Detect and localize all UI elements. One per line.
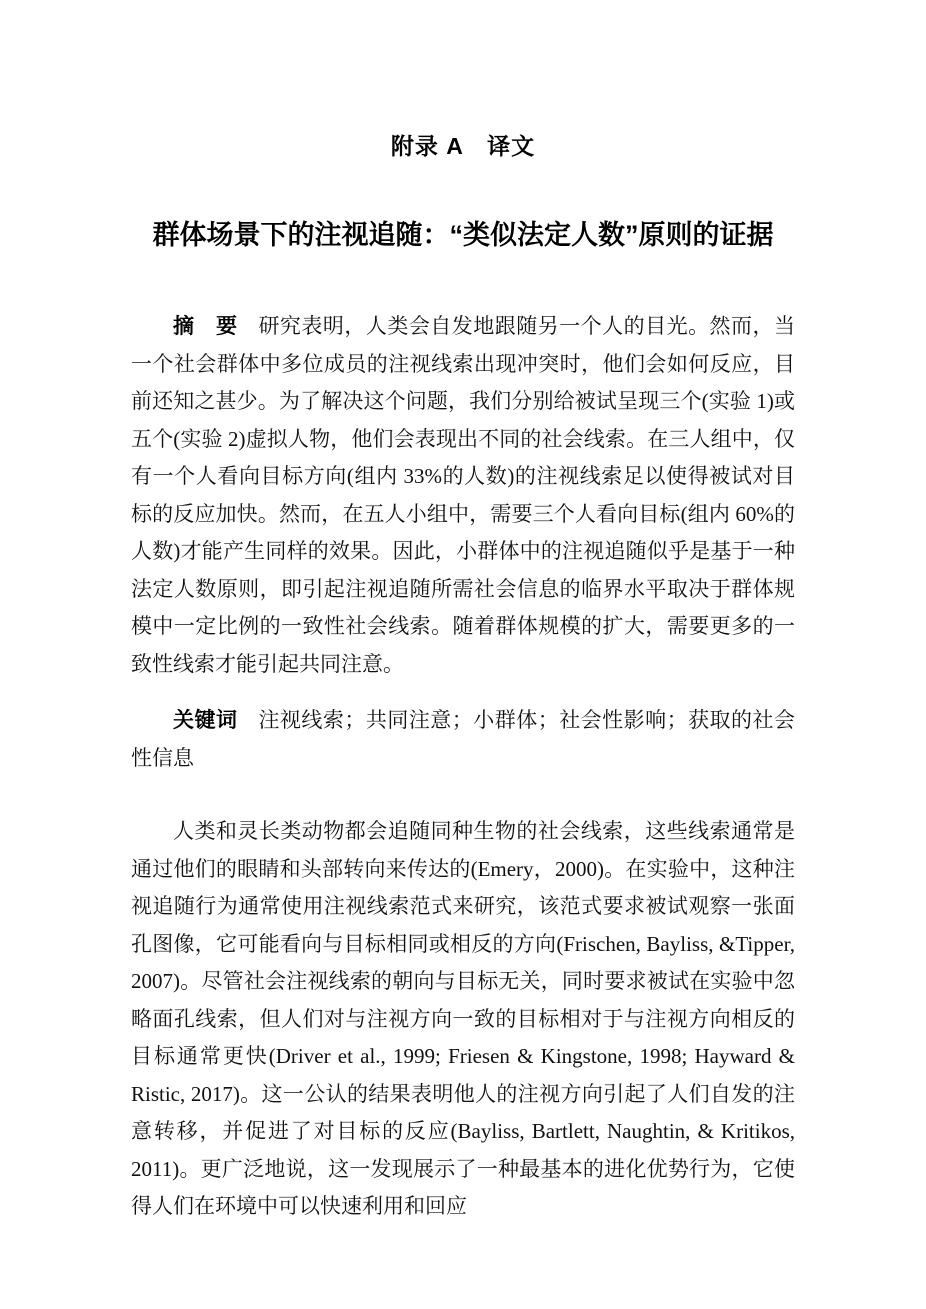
abstract-label: 摘 要	[173, 315, 237, 338]
keywords-label: 关键词	[173, 709, 237, 732]
appendix-title: 附录 A 译文	[131, 130, 795, 162]
paper-title: 群体场景下的注视追随：“类似法定人数”原则的证据	[131, 216, 795, 254]
abstract-text: 研究表明，人类会自发地跟随另一个人的目光。然而，当一个社会群体中多位成员的注视线…	[131, 314, 795, 676]
abstract-paragraph: 摘 要研究表明，人类会自发地跟随另一个人的目光。然而，当一个社会群体中多位成员的…	[131, 308, 795, 683]
keywords-paragraph: 关键词注视线索；共同注意；小群体；社会性影响；获取的社会性信息	[131, 702, 795, 777]
body-paragraph: 人类和灵长类动物都会追随同种生物的社会线索，这些线索通常是通过他们的眼睛和头部转…	[131, 813, 795, 1226]
document-page: 附录 A 译文 群体场景下的注视追随：“类似法定人数”原则的证据 摘 要研究表明…	[0, 0, 926, 1309]
